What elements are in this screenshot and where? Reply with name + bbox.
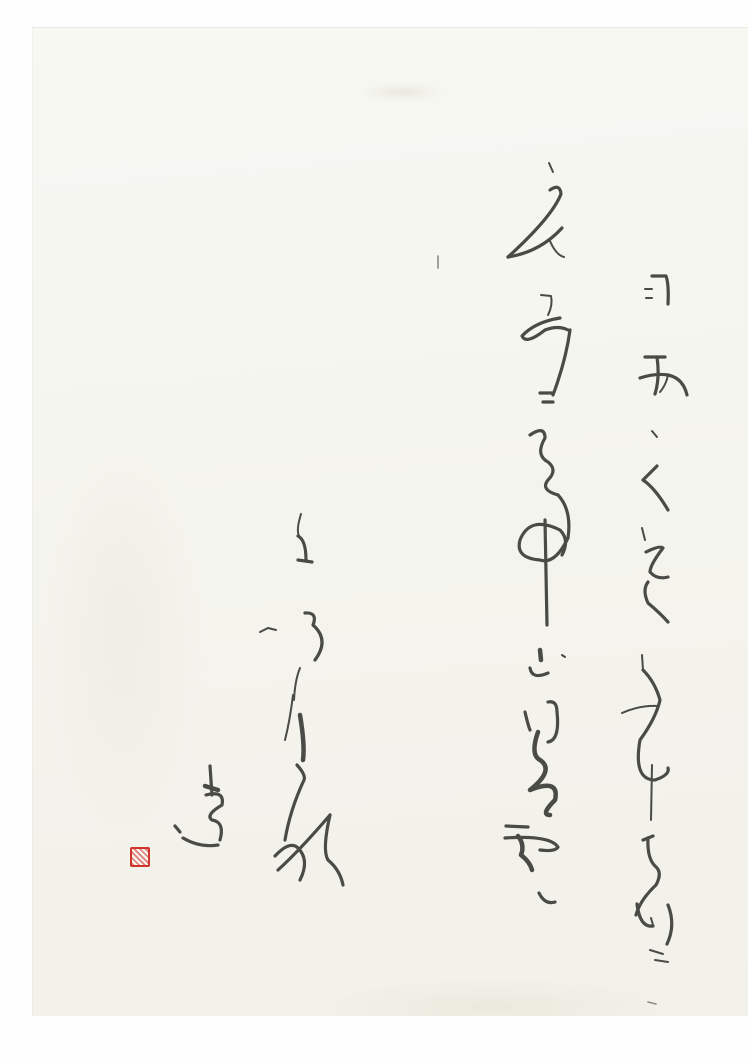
artist-seal: Small square red artist seal (hanko) — [130, 847, 150, 867]
paper-mark — [648, 1002, 656, 1004]
seal-description: Small square red artist seal (hanko) — [132, 849, 133, 850]
calligraphy-strokes — [0, 0, 748, 1064]
column-2-strokes — [505, 163, 570, 903]
column-1-strokes — [622, 276, 687, 962]
signature-strokes — [175, 766, 222, 846]
column-3-strokes — [260, 514, 343, 885]
